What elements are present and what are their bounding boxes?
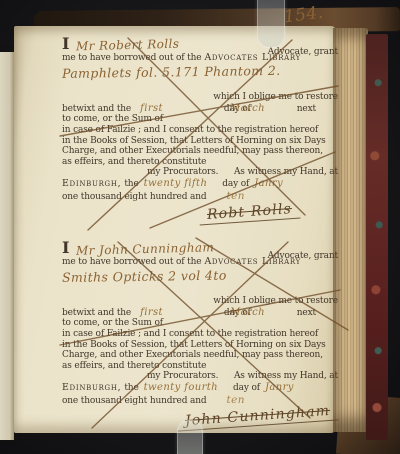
place-name: Edinburgh, — [62, 179, 121, 190]
advocate-grant-text: Advocate, grant — [268, 47, 338, 58]
failzie-line-4: as effeirs, and thereto constitute — [62, 157, 338, 168]
year-end-handwritten: ten — [227, 394, 245, 406]
the-text: the — [124, 179, 138, 190]
restore-line: which I oblige me to restore — [62, 92, 338, 103]
procurators-text: my Procurators. — [147, 167, 218, 178]
page-holding-strap-bottom — [177, 420, 203, 454]
failzie-line-2: in the Books of Session, that Letters of… — [62, 136, 338, 147]
marbled-board-edge — [366, 34, 388, 440]
photographed-register-page: 154. I Mr Robert Rolls Advocate, grant m… — [0, 0, 400, 454]
return-day-handwritten: first — [140, 307, 163, 318]
borrower-name-handwritten: Mr John Cunningham — [76, 240, 215, 258]
sum-line: to come, or the Sum of — [62, 318, 338, 329]
next-text: next — [297, 308, 316, 319]
failzie-line-4: as effeirs, and thereto constitute — [62, 361, 338, 372]
facing-page-sliver — [0, 52, 14, 440]
betwixt-text: betwixt and the — [62, 104, 131, 115]
betwixt-text: betwixt and the — [62, 308, 131, 319]
borrowing-entry-rolls: I Mr Robert Rolls Advocate, grant me to … — [62, 37, 338, 222]
day-of-text-2: day of — [233, 383, 260, 394]
failzie-line-1: in case of Failzie ; and I consent to th… — [62, 329, 338, 340]
failzie-line-3: Charge, and other Executorials needful, … — [62, 350, 338, 361]
book-fore-edge — [333, 28, 368, 432]
signed-day-handwritten: twenty fourth — [144, 382, 218, 393]
return-day-handwritten: first — [140, 103, 163, 114]
advocate-grant-text: Advocate, grant — [268, 251, 338, 262]
restore-line: which I oblige me to restore — [62, 296, 338, 307]
witness-text: As witness my Hand, at — [234, 371, 338, 382]
failzie-line-2: in the Books of Session, that Letters of… — [62, 340, 338, 351]
sum-line: to come, or the Sum of — [62, 114, 338, 125]
day-of-text-2: day of — [222, 179, 249, 190]
year-line: one thousand eight hundred and — [62, 396, 207, 407]
borrowing-entry-cunningham: I Mr John Cunningham Advocate, grant me … — [62, 241, 338, 426]
failzie-line-1: in case of Failzie ; and I consent to th… — [62, 125, 338, 136]
entry-initial: I — [62, 37, 69, 51]
return-month-handwritten: March — [230, 103, 265, 114]
procurators-text: my Procurators. — [147, 371, 218, 382]
borrowed-line: me to have borrowed out of the — [62, 53, 201, 64]
the-text: the — [124, 383, 138, 394]
signed-month-handwritten: Janry — [265, 382, 294, 393]
return-month-handwritten: March — [230, 307, 265, 318]
failzie-line-3: Charge, and other Executorials needful, … — [62, 146, 338, 157]
borrowed-line: me to have borrowed out of the — [62, 257, 201, 268]
borrower-name-handwritten: Mr Robert Rolls — [76, 37, 180, 54]
borrowed-books-handwritten: Smiths Opticks 2 vol 4to — [62, 266, 338, 285]
signed-day-handwritten: twenty fifth — [144, 178, 208, 189]
page-holding-strap-top — [257, 0, 285, 48]
year-line: one thousand eight hundred and — [62, 192, 207, 203]
borrowed-books-handwritten: Pamphlets fol. 5.171 Phantom 2. — [62, 62, 338, 81]
entry-initial: I — [62, 241, 69, 255]
next-text: next — [297, 104, 316, 115]
witness-text: As witness my Hand, at — [234, 167, 338, 178]
borrower-signature: Robt Rolls — [198, 201, 300, 226]
place-name: Edinburgh, — [62, 383, 121, 394]
year-end-handwritten: ten — [227, 190, 245, 202]
signed-month-handwritten: Janry — [254, 178, 283, 189]
